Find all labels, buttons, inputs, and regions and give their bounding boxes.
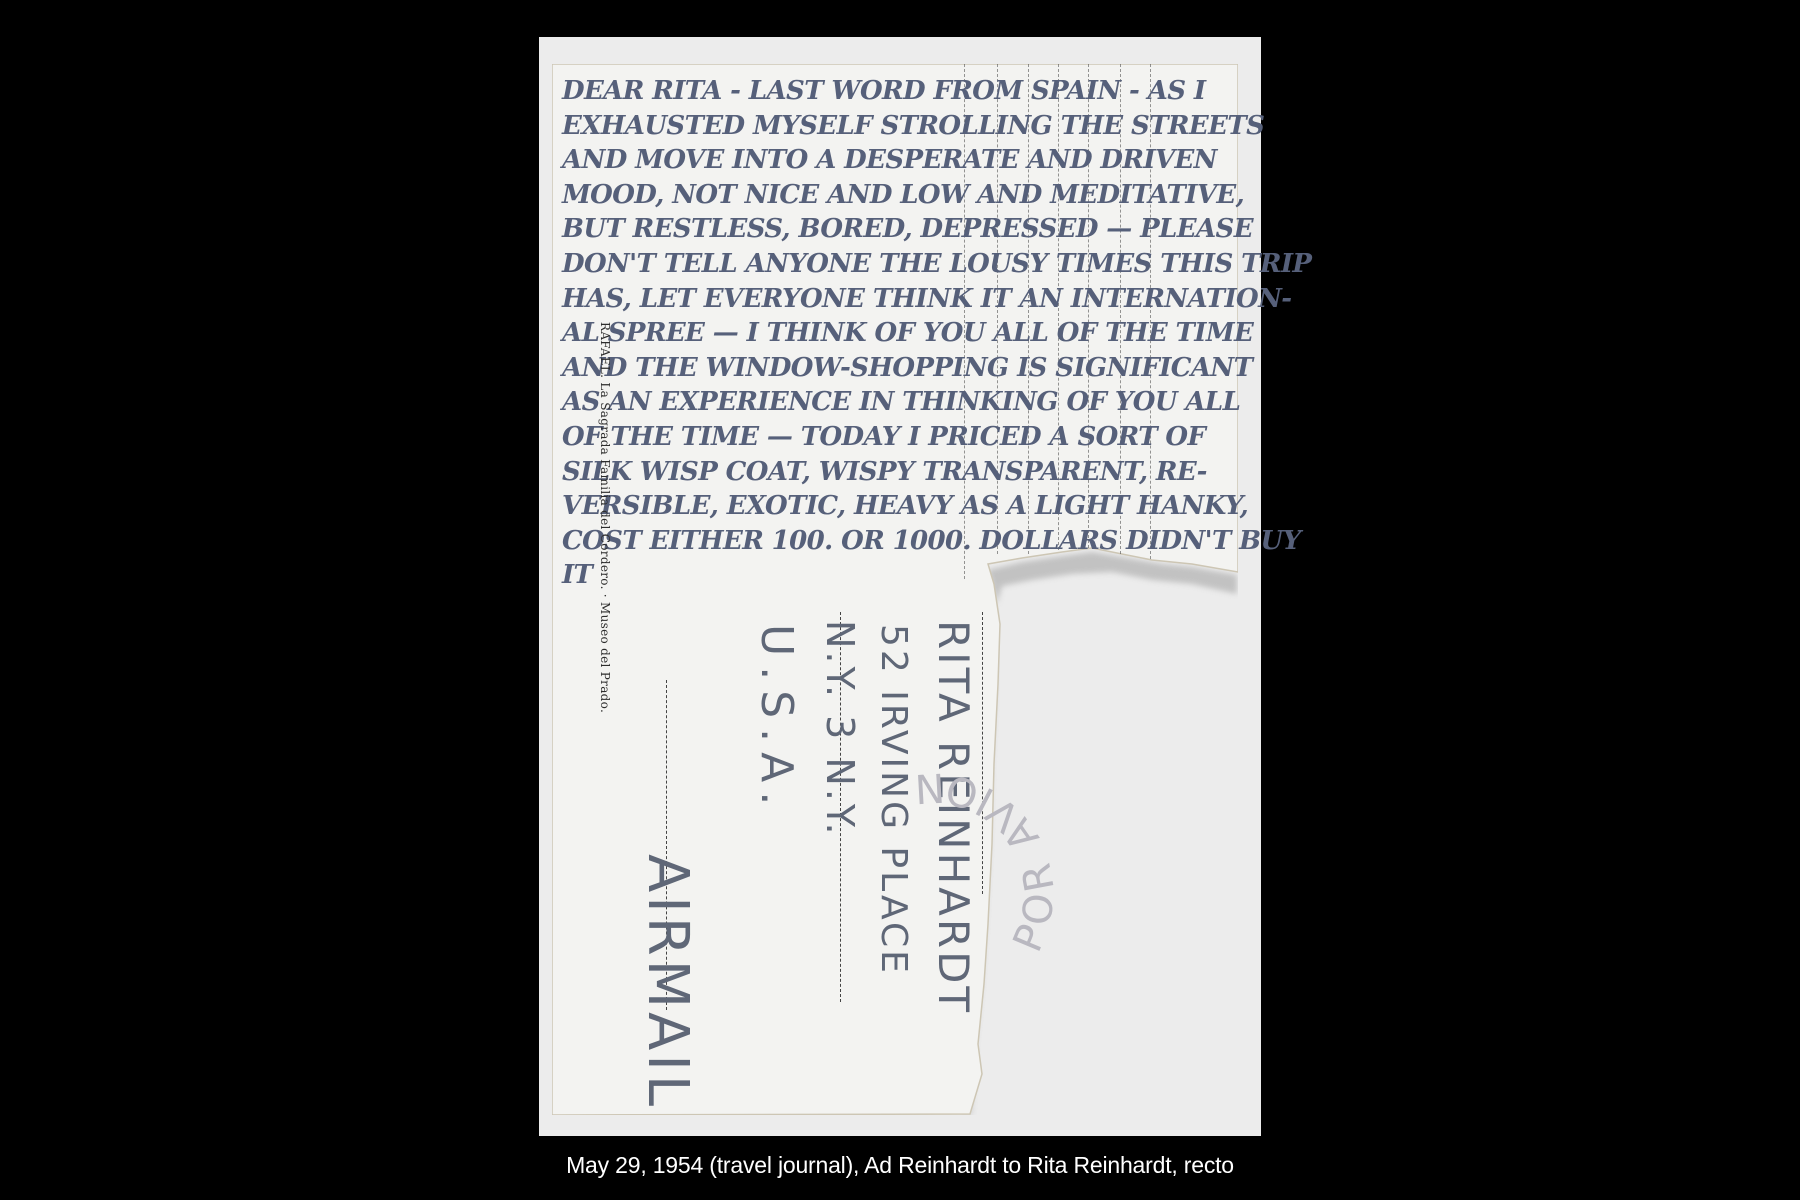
airmail-note: Airmail (635, 854, 700, 1110)
message-line: cost either 100. or 1000. dollars didn't… (562, 524, 1202, 559)
message-line: versible, exotic, heavy as a light hanky… (562, 489, 1202, 524)
image-caption: May 29, 1954 (travel journal), Ad Reinha… (0, 1152, 1800, 1179)
message-line: and move into a desperate and driven (562, 143, 1202, 178)
message-line: it (562, 558, 1202, 593)
message-line: has, let everyone think it an internatio… (562, 282, 1202, 317)
message-line: exhausted myself strolling the streets (562, 109, 1202, 144)
message-line: silk wisp coat, wispy transparent, re- (562, 455, 1202, 490)
svg-text:POR AVION: POR AVION (908, 764, 1065, 958)
message-line: al spree — I think of you all of the tim… (562, 316, 1202, 351)
message-line: as an experience in thinking of you all (562, 385, 1202, 420)
message-line: mood, not nice and low and meditative, (562, 178, 1202, 213)
par-avion-stamp: POR AVION (837, 764, 1067, 994)
message-line: Dear Rita - last word from Spain - as I (562, 74, 1202, 109)
message-line: and the window-shopping is significant (562, 351, 1202, 386)
printed-artwork-caption: RAFAEL. La Sagrada Familia del Cordero. … (598, 322, 612, 713)
message-line: don't tell anyone the lousy times this t… (562, 247, 1202, 282)
address-country: U.S.A. (751, 624, 802, 815)
message-line: but restless, bored, depressed — please (562, 212, 1202, 247)
message-line: of the time — today I priced a sort of (562, 420, 1202, 455)
postcard: Dear Rita - last word from Spain - as I … (552, 64, 1238, 1115)
stamp-text: POR AVION (908, 764, 1065, 958)
handwritten-message: Dear Rita - last word from Spain - as I … (562, 74, 1202, 593)
image-panel: Dear Rita - last word from Spain - as I … (539, 37, 1261, 1136)
